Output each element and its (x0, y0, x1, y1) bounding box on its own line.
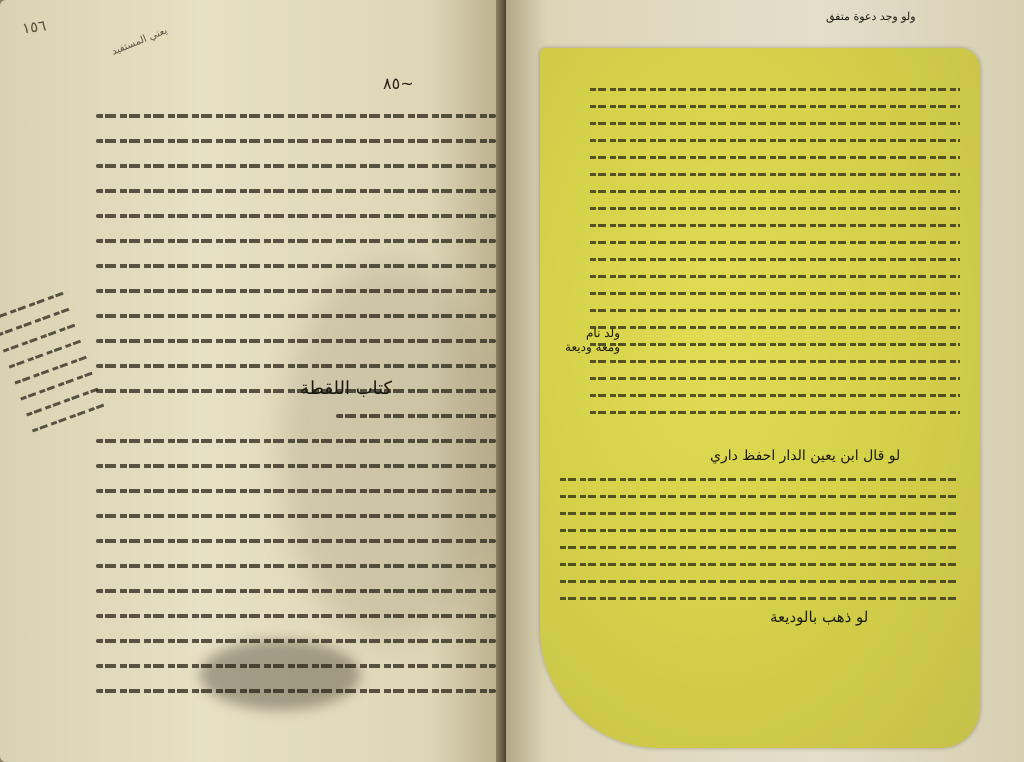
left-body-text (96, 114, 496, 714)
side-label: ولد نام ومعه وديعة (560, 326, 620, 354)
folio-number: ١٥٦ (21, 16, 47, 37)
margin-note: يعني المستفيد (110, 25, 169, 57)
top-margin-text: ولو وجد دعوة متفق (826, 10, 916, 23)
manuscript-spread: ١٥٦ يعني المستفيد ~٨٥ كتاب اللقطة ولو وج… (0, 0, 1024, 762)
slip-heading-2: لو ذهب بالوديعة (770, 608, 868, 626)
slip-body-text-2 (560, 478, 960, 614)
left-page: ١٥٦ يعني المستفيد ~٨٥ كتاب اللقطة (0, 0, 506, 762)
inserted-paper-slip: لو قال ابن يعين الدار احفظ داري لو ذهب ب… (540, 48, 980, 748)
slip-heading-1: لو قال ابن يعين الدار احفظ داري (710, 448, 900, 464)
chapter-heading: كتاب اللقطة (300, 378, 392, 399)
page-number: ~٨٥ (383, 74, 414, 93)
slip-body-text (590, 88, 960, 428)
